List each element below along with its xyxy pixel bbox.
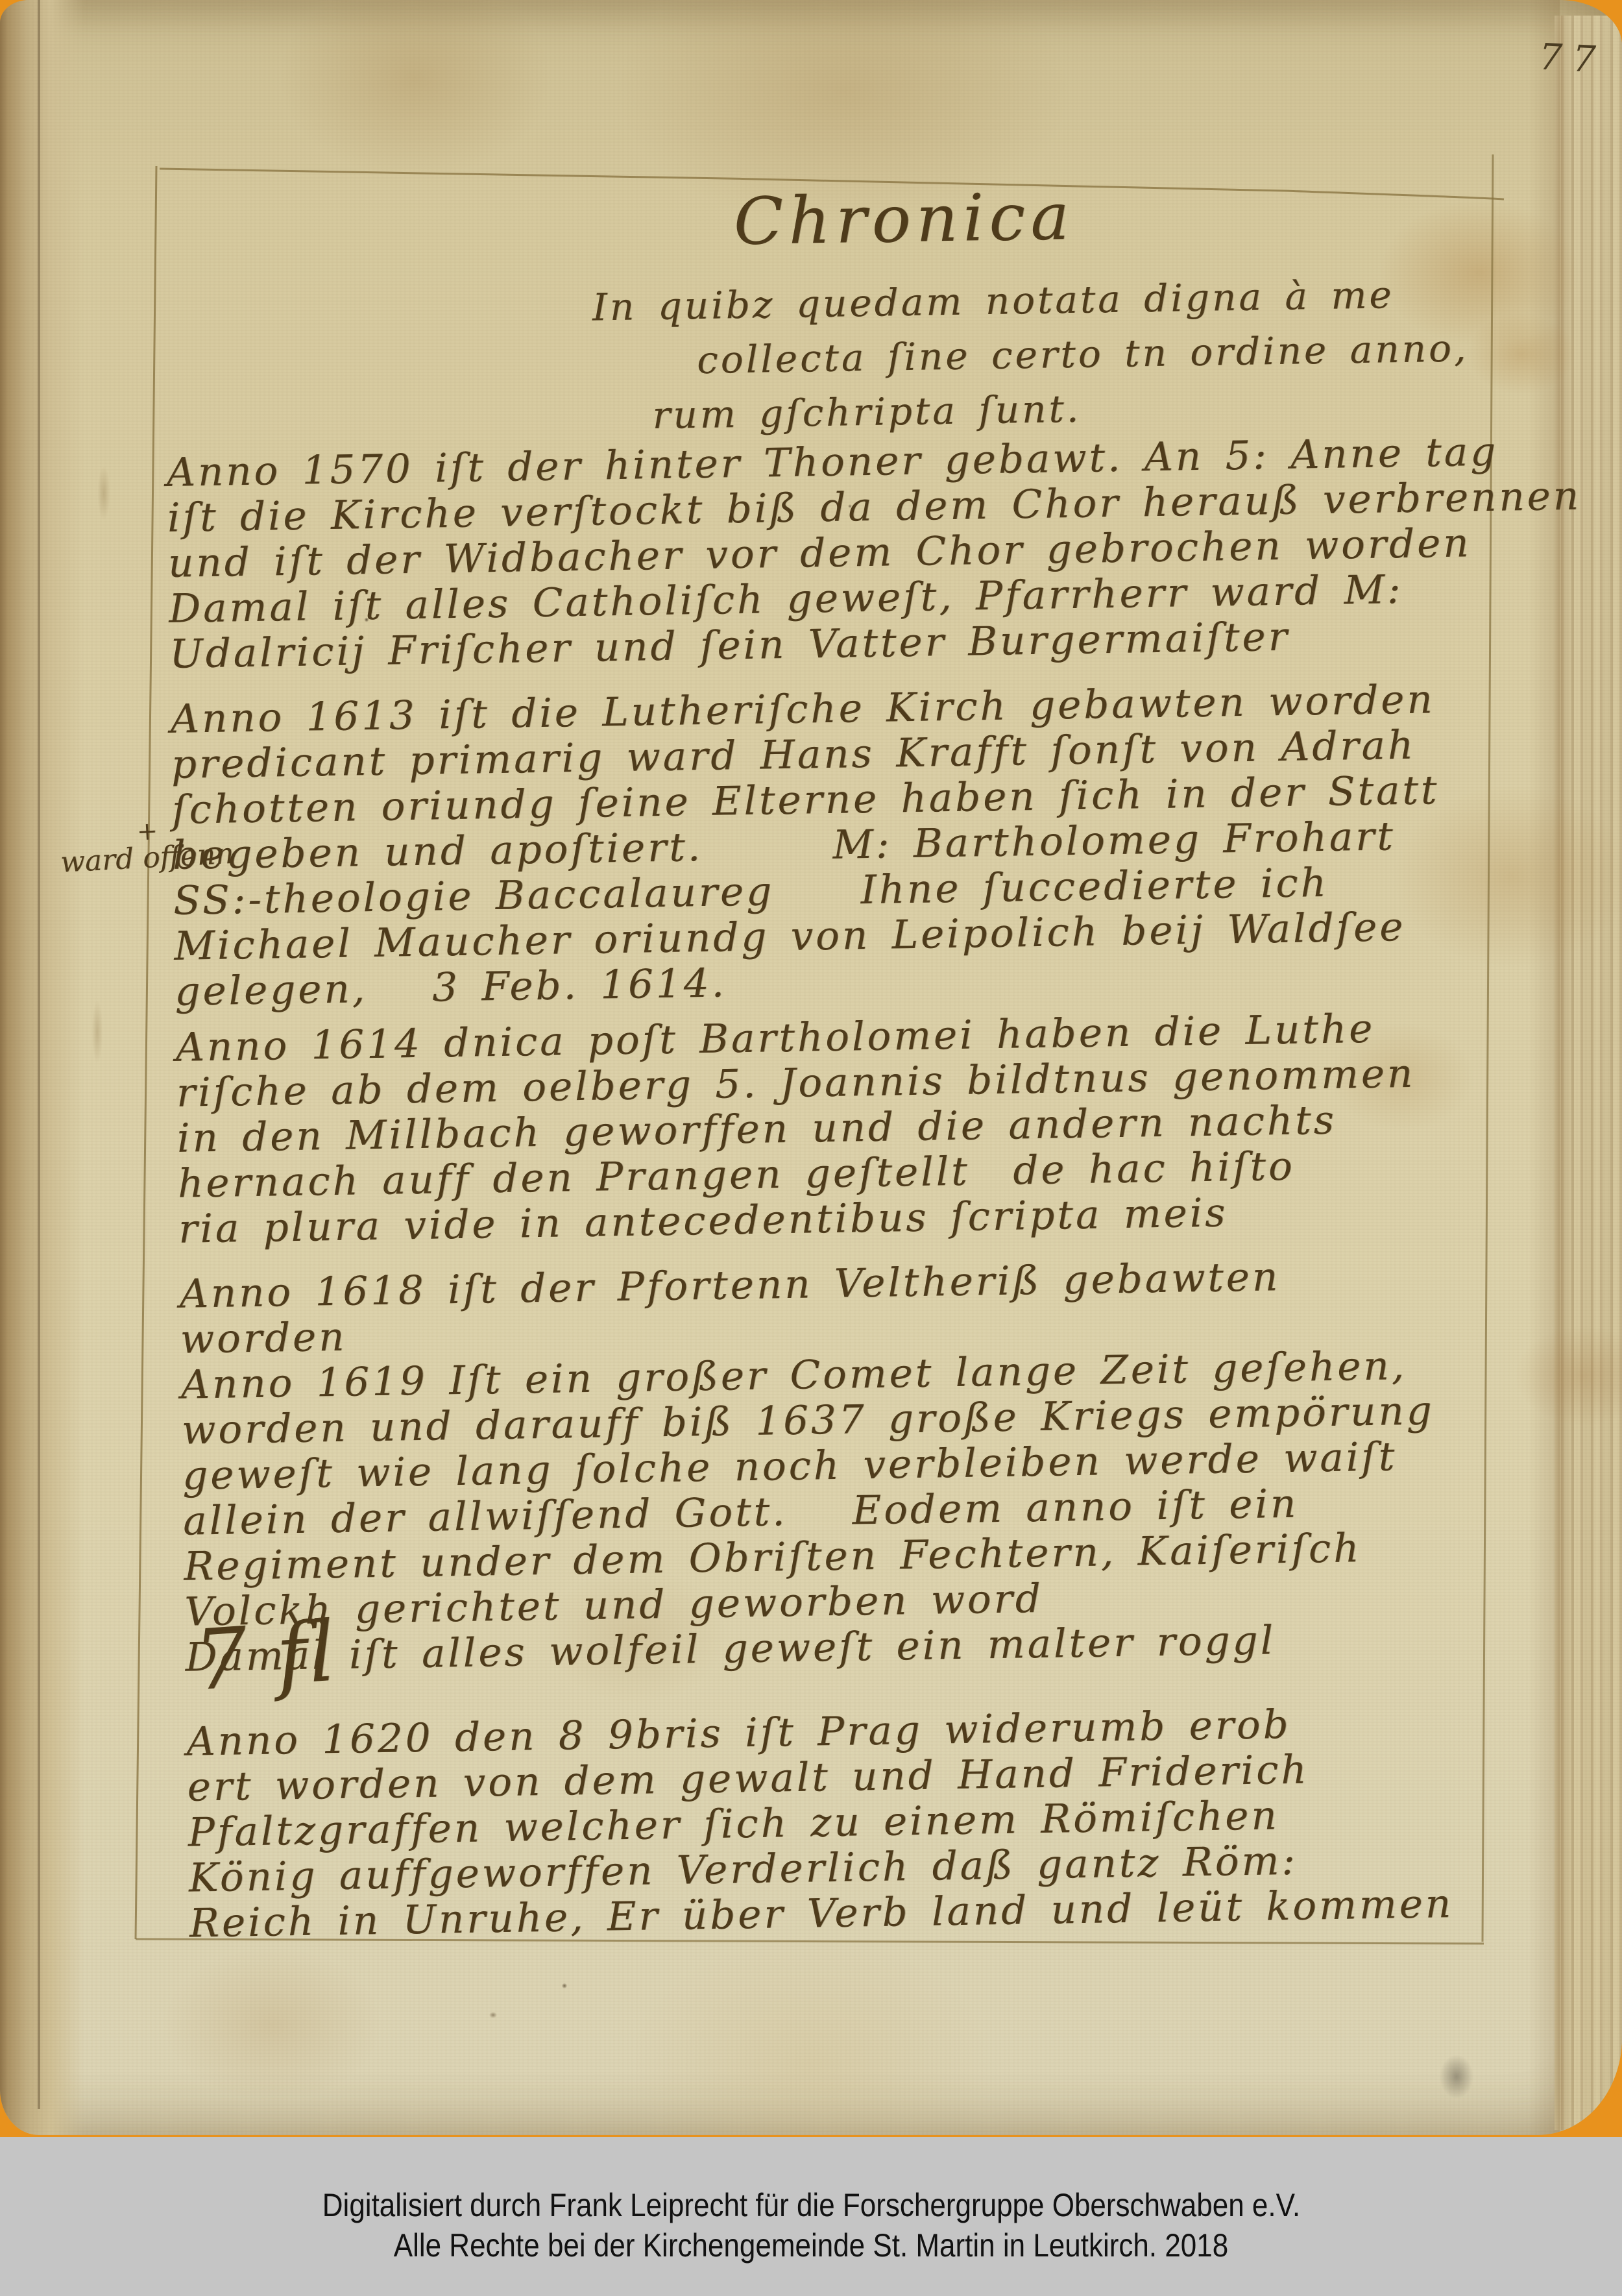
screenshot-root: { "page_number": "77", "colors": { "back… — [0, 0, 1622, 2296]
page-number: 77 — [1538, 36, 1607, 81]
caption-strip: Digitalisiert durch Frank Leiprecht für … — [0, 2137, 1622, 2296]
manuscript-page-scan: 77 + ward offenn 7 fl ChronicaIn quibz q… — [0, 0, 1622, 2135]
manuscript-line: Chronica — [733, 168, 1526, 278]
caption-line-1: Digitalisiert durch Frank Leiprecht für … — [322, 2185, 1300, 2225]
manuscript-body: ChronicaIn quibz quedam notata digna à m… — [162, 168, 1552, 1947]
caption-line-2: Alle Rechte bei der Kirchengemeinde St. … — [394, 2225, 1228, 2265]
